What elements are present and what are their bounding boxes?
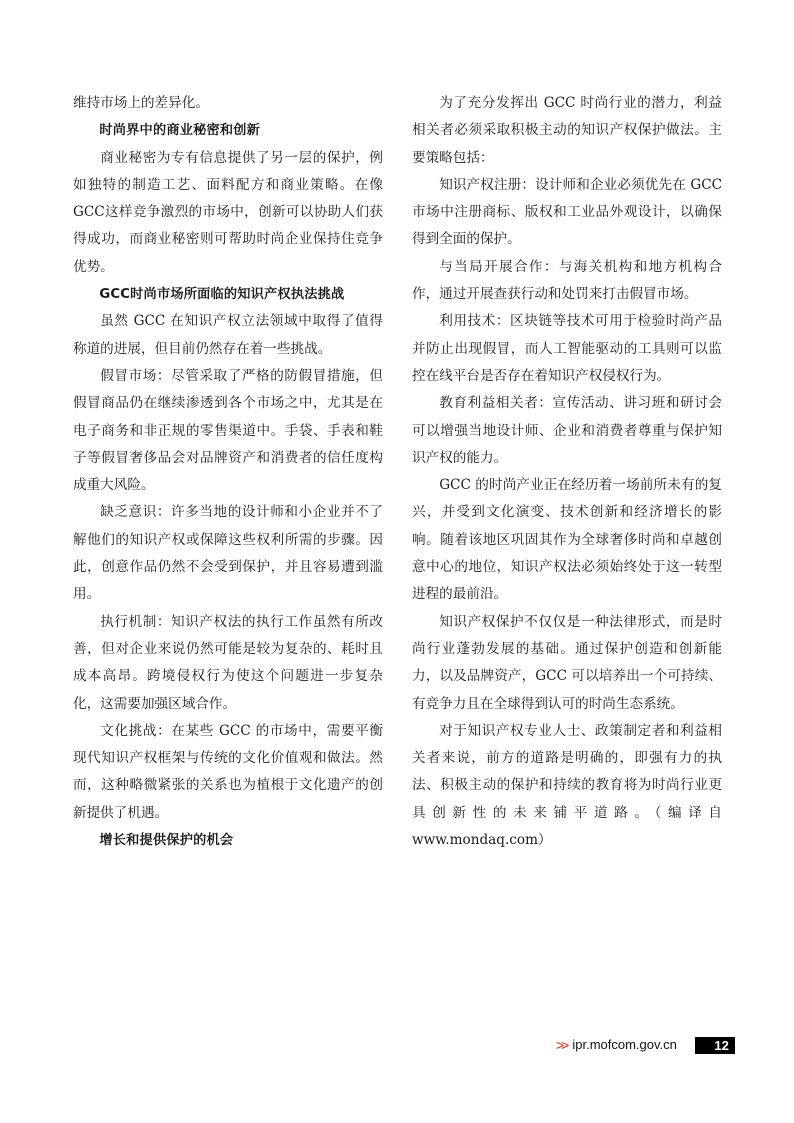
paragraph-trade-secrets: 商业秘密为专有信息提供了另一层的保护，例如独特的制造工艺、面料配方和商业策略。在…: [73, 145, 383, 281]
paragraph-enforcement-mechanism: 执行机制：知识产权法的执行工作虽然有所改善，但对企业来说仍然可能是较为复杂的、耗…: [73, 609, 383, 718]
section-heading-trade-secrets: 时尚界中的商业秘密和创新: [73, 117, 383, 144]
paragraph-authority-cooperation: 与当局开展合作：与海关机构和地方机构合作，通过开展查获行动和处罚来打击假冒市场。: [412, 254, 722, 309]
paragraph-strategies-intro: 为了充分发挥出 GCC 时尚行业的潜力，利益相关者必须采取积极主动的知识产权保护…: [412, 90, 722, 172]
section-heading-opportunities: 增长和提供保护的机会: [73, 827, 383, 854]
paragraph-ip-registration: 知识产权注册：设计师和企业必须优先在 GCC 市场中注册商标、版权和工业品外观设…: [412, 172, 722, 254]
paragraph-technology: 利用技术：区块链等技术可用于检验时尚产品并防止出现假冒，而人工智能驱动的工具则可…: [412, 308, 722, 390]
footer-website-link[interactable]: ipr.mofcom.gov.cn: [572, 1036, 677, 1054]
paragraph-ip-foundation: 知识产权保护不仅仅是一种法律形式，而是时尚行业蓬勃发展的基础。通过保护创造和创新…: [412, 609, 722, 718]
right-column: 为了充分发挥出 GCC 时尚行业的潜力，利益相关者必须采取积极主动的知识产权保护…: [412, 90, 722, 854]
section-heading-enforcement-challenges: GCC时尚市场所面临的知识产权执法挑战: [73, 281, 383, 308]
paragraph-cultural-challenges: 文化挑战：在某些 GCC 的市场中，需要平衡现代知识产权框架与传统的文化价值观和…: [73, 718, 383, 827]
paragraph-challenges-intro: 虽然 GCC 在知识产权立法领域中取得了值得称道的进展，但目前仍然存在着一些挑战…: [73, 308, 383, 363]
left-column: 维持市场上的差异化。 时尚界中的商业秘密和创新 商业秘密为专有信息提供了另一层的…: [73, 90, 383, 854]
page-number: 12: [695, 1037, 735, 1054]
paragraph-continued: 维持市场上的差异化。: [73, 90, 383, 117]
paragraph-education: 教育利益相关者：宣传活动、讲习班和研讨会可以增强当地设计师、企业和消费者尊重与保…: [412, 390, 722, 472]
paragraph-gcc-revival: GCC 的时尚产业正在经历着一场前所未有的复兴，并受到文化演变、技术创新和经济增…: [412, 472, 722, 608]
double-chevron-right-icon: >>: [556, 1036, 566, 1054]
paragraph-counterfeit-market: 假冒市场：尽管采取了严格的防假冒措施，但假冒商品仍在继续渗透到各个市场之中，尤其…: [73, 363, 383, 499]
paragraph-conclusion: 对于知识产权专业人士、政策制定者和利益相关者来说，前方的道路是明确的，即强有力的…: [412, 718, 722, 854]
paragraph-lack-of-awareness: 缺乏意识：许多当地的设计师和小企业并不了解他们的知识产权或保障这些权利所需的步骤…: [73, 499, 383, 608]
page-footer: >> ipr.mofcom.gov.cn 12: [556, 1036, 735, 1054]
